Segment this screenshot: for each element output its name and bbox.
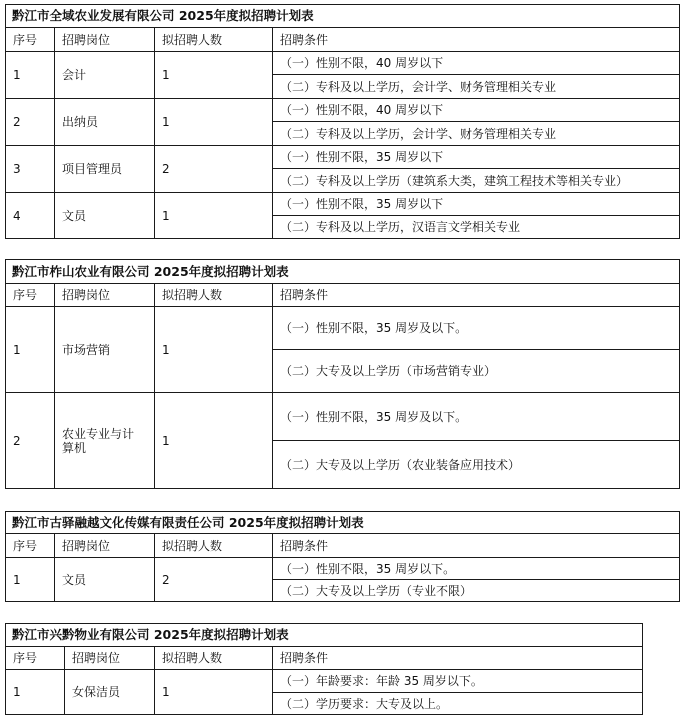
cell-position: 文员 xyxy=(55,558,155,602)
cell-condition: （一）性别不限，35 周岁及以下。 xyxy=(273,393,680,441)
table-title: 黔江市全域农业发展有限公司 2025年度拟招聘计划表 xyxy=(6,5,680,28)
cell-count: 1 xyxy=(155,307,273,393)
cell-no: 1 xyxy=(6,307,55,393)
cell-position: 文员 xyxy=(55,193,155,239)
cell-count: 1 xyxy=(155,393,273,489)
header-count: 拟招聘人数 xyxy=(155,647,273,670)
cell-condition: （一）性别不限，35 周岁以下 xyxy=(273,146,680,169)
recruitment-table-2: 黔江市柞山农业有限公司 2025年度拟招聘计划表 序号 招聘岗位 拟招聘人数 招… xyxy=(5,259,680,489)
header-no: 序号 xyxy=(6,284,55,307)
cell-condition: （一）性别不限，35 周岁以下 xyxy=(273,193,680,216)
table-title: 黔江市古驿融越文化传媒有限责任公司 2025年度拟招聘计划表 xyxy=(6,512,680,534)
header-position: 招聘岗位 xyxy=(55,534,155,558)
cell-no: 2 xyxy=(6,393,55,489)
cell-condition: （一）性别不限，35 周岁以下。 xyxy=(273,558,680,580)
header-row: 序号 招聘岗位 拟招聘人数 招聘条件 xyxy=(6,284,680,307)
table-row: 1 女保洁员 1 （一）年龄要求：年龄 35 周岁以下。 xyxy=(6,670,643,693)
header-conditions: 招聘条件 xyxy=(273,647,643,670)
header-no: 序号 xyxy=(6,647,65,670)
cell-condition: （一）性别不限，40 周岁以下 xyxy=(273,52,680,75)
header-row: 序号 招聘岗位 拟招聘人数 招聘条件 xyxy=(6,28,680,52)
table-row: 1 文员 2 （一）性别不限，35 周岁以下。 xyxy=(6,558,680,580)
cell-count: 1 xyxy=(155,99,273,146)
cell-position: 农业专业与计算机 xyxy=(55,393,155,489)
cell-condition: （二）专科及以上学历，汉语言文学相关专业 xyxy=(273,216,680,239)
cell-no: 2 xyxy=(6,99,55,146)
cell-condition: （一）年龄要求：年龄 35 周岁以下。 xyxy=(273,670,643,693)
cell-no: 1 xyxy=(6,52,55,99)
cell-condition: （一）性别不限，35 周岁及以下。 xyxy=(273,307,680,350)
header-row: 序号 招聘岗位 拟招聘人数 招聘条件 xyxy=(6,534,680,558)
table-row: 3 项目管理员 2 （一）性别不限，35 周岁以下 xyxy=(6,146,680,169)
cell-count: 2 xyxy=(155,558,273,602)
header-no: 序号 xyxy=(6,534,55,558)
cell-position: 出纳员 xyxy=(55,99,155,146)
table-title: 黔江市兴黔物业有限公司 2025年度拟招聘计划表 xyxy=(6,624,643,647)
cell-no: 3 xyxy=(6,146,55,193)
table-row: 4 文员 1 （一）性别不限，35 周岁以下 xyxy=(6,193,680,216)
header-conditions: 招聘条件 xyxy=(273,534,680,558)
cell-count: 1 xyxy=(155,193,273,239)
table-row: 1 会计 1 （一）性别不限，40 周岁以下 xyxy=(6,52,680,75)
recruitment-table-1: 黔江市全域农业发展有限公司 2025年度拟招聘计划表 序号 招聘岗位 拟招聘人数… xyxy=(5,4,680,239)
header-conditions: 招聘条件 xyxy=(273,28,680,52)
cell-condition: （二）学历要求：大专及以上。 xyxy=(273,693,643,715)
cell-no: 1 xyxy=(6,558,55,602)
recruitment-table-4: 黔江市兴黔物业有限公司 2025年度拟招聘计划表 序号 招聘岗位 拟招聘人数 招… xyxy=(5,623,643,715)
table-row: 1 市场营销 1 （一）性别不限，35 周岁及以下。 xyxy=(6,307,680,350)
table-row: 2 出纳员 1 （一）性别不限，40 周岁以下 xyxy=(6,99,680,122)
cell-no: 4 xyxy=(6,193,55,239)
cell-condition: （二）专科及以上学历，会计学、财务管理相关专业 xyxy=(273,122,680,146)
header-conditions: 招聘条件 xyxy=(273,284,680,307)
header-no: 序号 xyxy=(6,28,55,52)
cell-position: 女保洁员 xyxy=(65,670,155,715)
table-title: 黔江市柞山农业有限公司 2025年度拟招聘计划表 xyxy=(6,260,680,284)
cell-condition: （二）大专及以上学历（专业不限） xyxy=(273,580,680,602)
header-count: 拟招聘人数 xyxy=(155,28,273,52)
cell-count: 1 xyxy=(155,52,273,99)
recruitment-table-3: 黔江市古驿融越文化传媒有限责任公司 2025年度拟招聘计划表 序号 招聘岗位 拟… xyxy=(5,511,680,602)
cell-condition: （二）大专及以上学历（市场营销专业） xyxy=(273,350,680,393)
cell-position: 会计 xyxy=(55,52,155,99)
cell-condition: （二）大专及以上学历（农业装备应用技术） xyxy=(273,441,680,489)
cell-condition: （二）专科及以上学历，会计学、财务管理相关专业 xyxy=(273,75,680,99)
table-row: 2 农业专业与计算机 1 （一）性别不限，35 周岁及以下。 xyxy=(6,393,680,441)
header-count: 拟招聘人数 xyxy=(155,284,273,307)
header-count: 拟招聘人数 xyxy=(155,534,273,558)
cell-count: 1 xyxy=(155,670,273,715)
header-row: 序号 招聘岗位 拟招聘人数 招聘条件 xyxy=(6,647,643,670)
header-position: 招聘岗位 xyxy=(55,284,155,307)
cell-position: 市场营销 xyxy=(55,307,155,393)
header-position: 招聘岗位 xyxy=(55,28,155,52)
cell-no: 1 xyxy=(6,670,65,715)
cell-position: 项目管理员 xyxy=(55,146,155,193)
header-position: 招聘岗位 xyxy=(65,647,155,670)
cell-count: 2 xyxy=(155,146,273,193)
cell-condition: （二）专科及以上学历（建筑系大类，建筑工程技术等相关专业） xyxy=(273,169,680,193)
cell-condition: （一）性别不限，40 周岁以下 xyxy=(273,99,680,122)
